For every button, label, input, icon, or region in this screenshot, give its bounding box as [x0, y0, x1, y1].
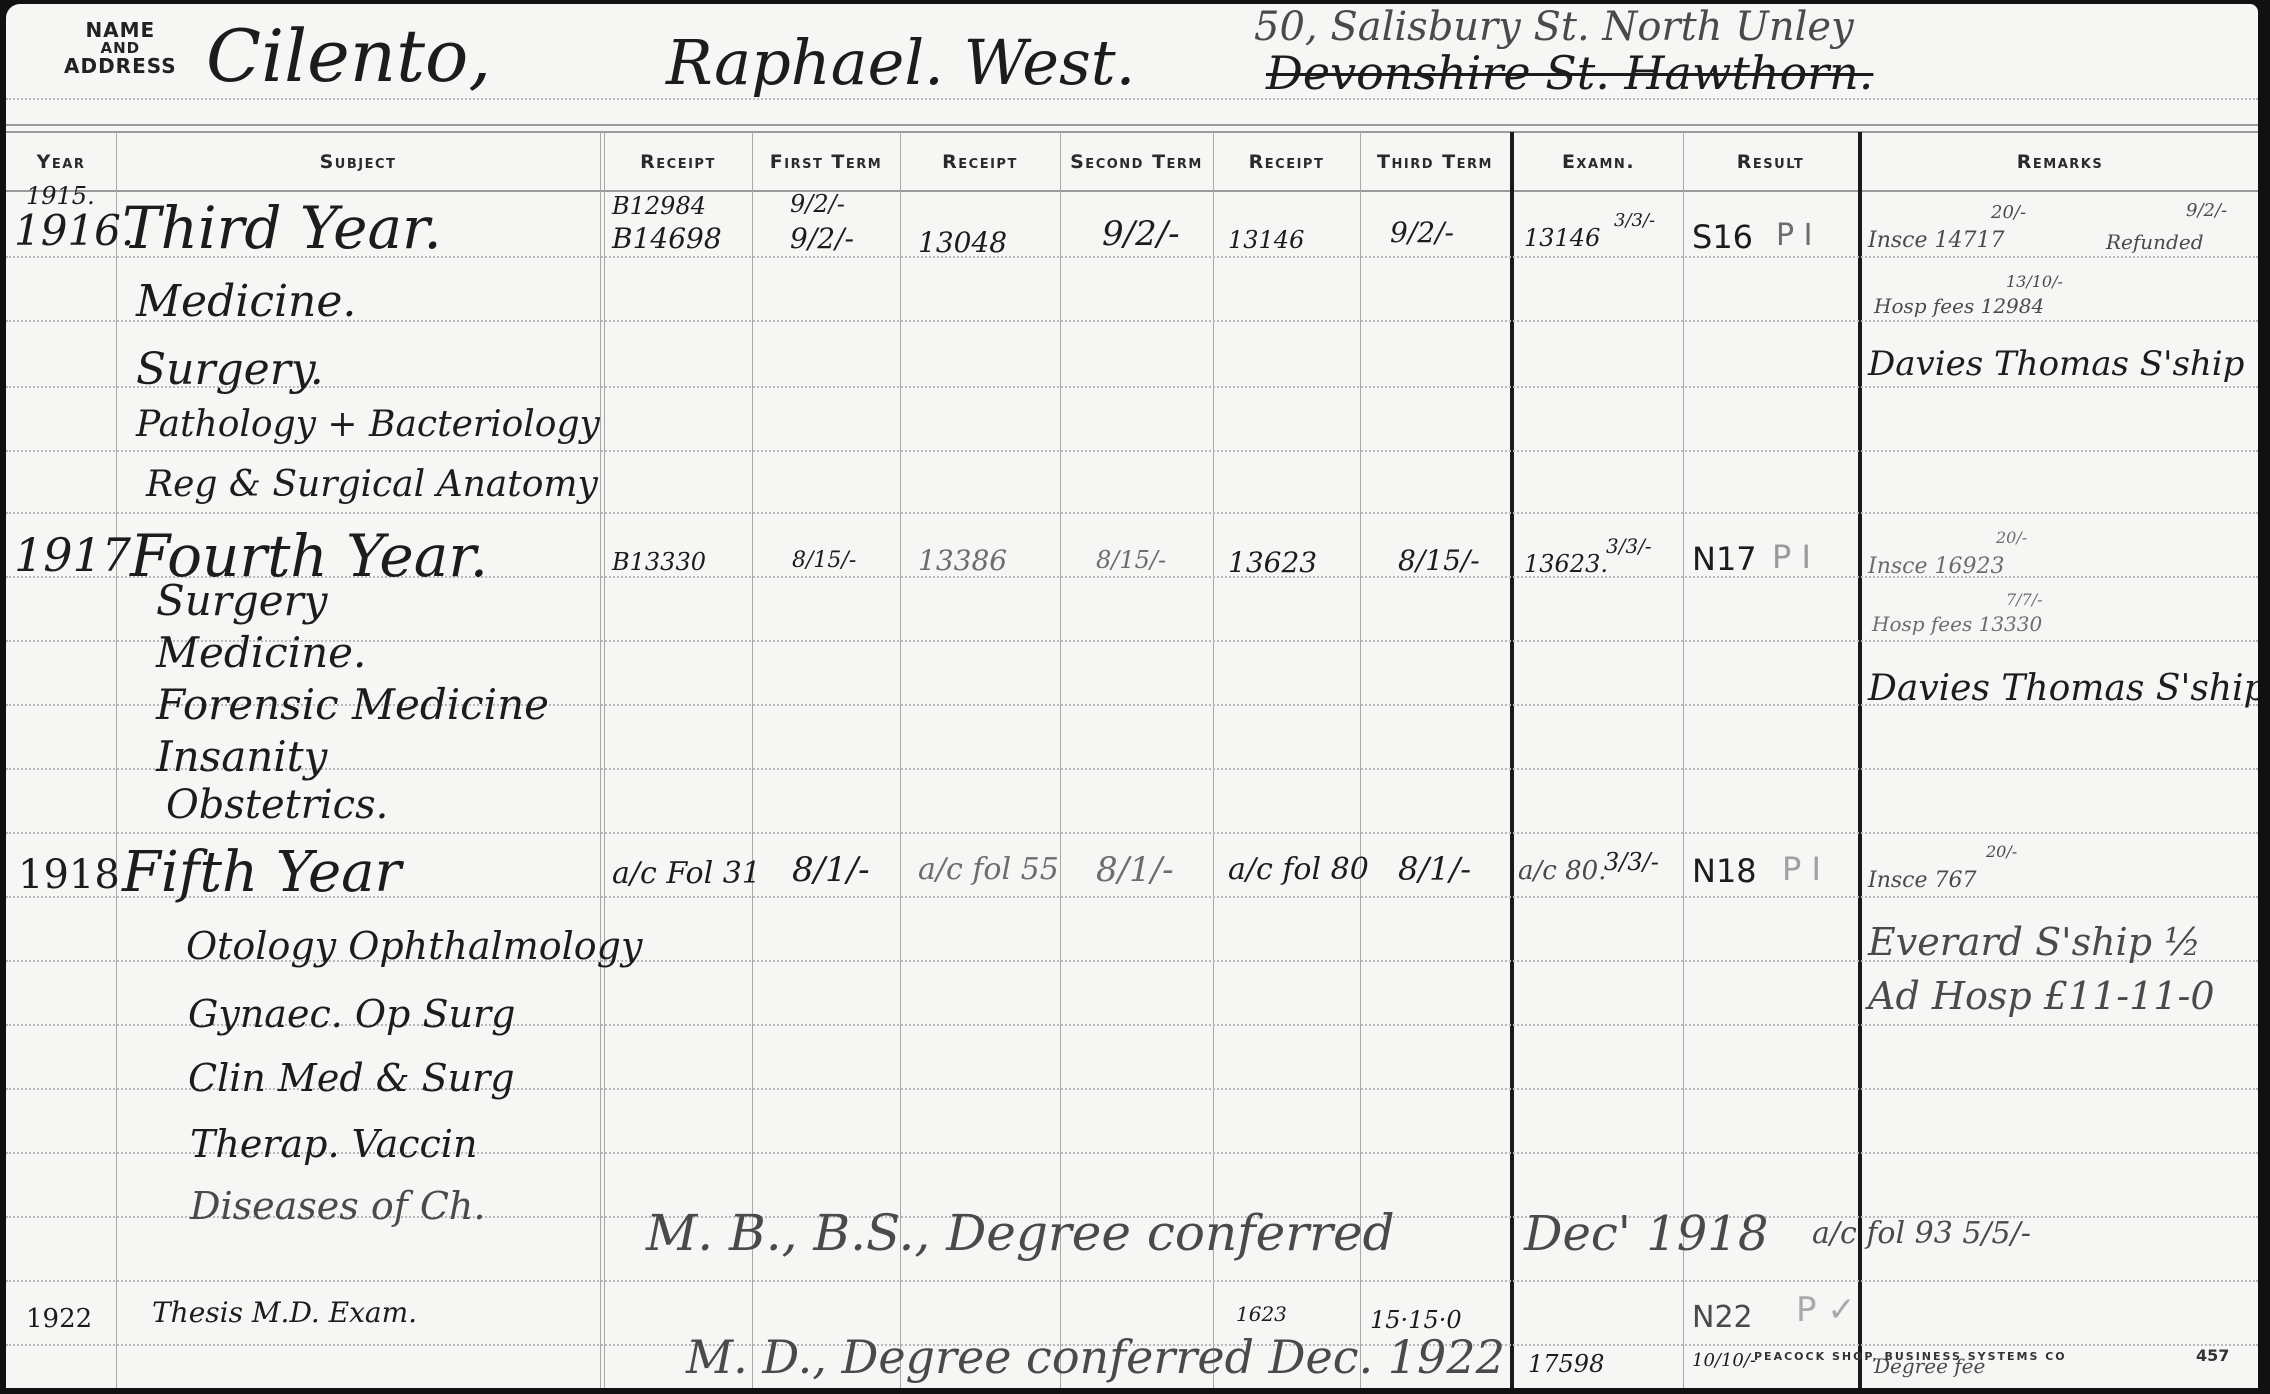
col-header-remarks: Remarks [1862, 132, 2258, 192]
name-address-label: NAME AND ADDRESS [64, 20, 177, 76]
label-address: ADDRESS [64, 56, 177, 76]
remark-amount: 20/- [1986, 842, 2017, 861]
result-pass: P ✓ [1796, 1290, 1856, 1330]
col-header-receipt-1: Receipt [604, 132, 752, 192]
examn: a/c 80. [1518, 856, 1606, 886]
remark-scholarship: Davies Thomas S'ship [1868, 344, 2244, 384]
header-top-rule [6, 124, 2258, 126]
result-code: N18 [1692, 852, 1757, 890]
subject-item: Therap. Vaccin [190, 1122, 477, 1166]
year: 1917 [14, 528, 131, 582]
subject-item: Gynaec. Op Surg [188, 992, 515, 1036]
degree-md-fee: 10/10/- [1692, 1350, 1756, 1371]
first-term: 8/1/- [792, 850, 870, 890]
subject-item: Surgery. [136, 344, 324, 395]
degree-mbbs-date: Dec' 1918 [1524, 1206, 1768, 1262]
form-number: 457 [2196, 1346, 2229, 1365]
result-code: N17 [1692, 540, 1757, 578]
remark-amount: 20/- [1996, 528, 2027, 547]
receipt-3: a/c fol 80 [1228, 852, 1369, 887]
ruled-line [6, 512, 2258, 514]
subject-item: Medicine. [156, 628, 366, 677]
address-current: 50, Salisbury St. North Unley [1254, 4, 1854, 50]
result-pass: P I [1772, 538, 1811, 576]
col-header-second-term: Second Term [1060, 132, 1213, 192]
result-pass: P I [1776, 218, 1812, 253]
col-header-subject: Subject [116, 132, 600, 192]
remark-scholarship: Everard S'ship ½ [1868, 920, 2201, 964]
receipt-1: B14698 [612, 222, 722, 255]
remark: Insce 767 [1868, 868, 1976, 893]
second-term: 8/1/- [1096, 850, 1174, 890]
remark: Ad Hosp £11-11-0 [1868, 974, 2215, 1018]
ruled-line [6, 386, 2258, 388]
address-struck: Devonshire St. Hawthorn. [1266, 46, 1873, 100]
third-term: 8/1/- [1398, 850, 1471, 888]
year: 1916. [14, 206, 134, 255]
student-record-card: NAME AND ADDRESS Cilento, Raphael. West.… [6, 4, 2258, 1388]
year: 1922 [26, 1304, 92, 1334]
examn: 13146 [1524, 224, 1600, 252]
degree-mbbs-text: M. B., B.S., Degree conferred [646, 1204, 1395, 1262]
result-pass: P I [1782, 850, 1821, 888]
subject-item: Clin Med & Surg [188, 1056, 515, 1100]
ruled-line [6, 768, 2258, 770]
subject-item: Forensic Medicine [156, 680, 549, 729]
ruled-line [6, 832, 2258, 834]
printer-imprint: PEACOCK SHOP, BUSINESS SYSTEMS CO [1754, 1350, 2067, 1363]
examn: 13623. [1524, 550, 1608, 578]
first-term: 8/15/- [792, 548, 856, 573]
surname: Cilento, [206, 14, 491, 98]
col-header-third-term: Third Term [1360, 132, 1510, 192]
label-name: NAME [64, 20, 177, 40]
receipt-3: 1623 [1236, 1302, 1287, 1326]
degree-md-examn: 17598 [1528, 1350, 1604, 1378]
degree-mbbs-account: a/c fol 93 5/5/- [1812, 1216, 2031, 1251]
degree-md-text: M. D., Degree conferred Dec. 1922 [686, 1330, 1505, 1384]
remark: Insce 14717 [1868, 228, 2004, 253]
third-term: 8/15/- [1398, 544, 1480, 577]
remark-amount: 13/10/- [2006, 272, 2063, 291]
remark-amount: 7/7/- [2006, 590, 2043, 609]
col-header-receipt-3: Receipt [1213, 132, 1360, 192]
receipt-2: 13048 [918, 226, 1007, 259]
second-term: 9/2/- [1102, 214, 1180, 254]
subject-item: Insanity [156, 732, 327, 781]
remark: Refunded [2106, 230, 2204, 254]
subject-heading: Thesis M.D. Exam. [152, 1296, 417, 1329]
second-term: 8/15/- [1096, 546, 1166, 574]
remark-amount: 9/2/- [2186, 200, 2227, 221]
examn-fee: 3/3/- [1614, 210, 1655, 231]
remark: Hosp fees 12984 [1874, 294, 2044, 318]
subject-item: Diseases of Ch. [190, 1184, 485, 1228]
ruled-line [6, 450, 2258, 452]
remark: Insce 16923 [1868, 554, 2004, 579]
year: 1918 [18, 852, 120, 898]
first-term-top: 9/2/- [790, 190, 845, 218]
subject-item: Medicine. [136, 276, 356, 327]
subject-item: Pathology + Bacteriology [136, 404, 600, 445]
name-underline [6, 98, 2258, 100]
receipt-2: a/c fol 55 [918, 852, 1059, 887]
result-code: N22 [1692, 1300, 1753, 1335]
receipt-2: 13386 [918, 544, 1007, 577]
third-term: 9/2/- [1390, 216, 1454, 249]
first-term: 9/2/- [790, 222, 854, 255]
given-names: Raphael. West. [666, 26, 1135, 99]
receipt-3: 13146 [1228, 226, 1304, 254]
receipt-1-top: B12984 [612, 192, 706, 220]
subject-heading: Third Year. [122, 194, 442, 262]
subject-item: Obstetrics. [166, 782, 388, 828]
receipt-3: 13623 [1228, 546, 1317, 579]
col-header-receipt-2: Receipt [900, 132, 1060, 192]
col-header-examn: Examn. [1514, 132, 1683, 192]
ruled-line [6, 1280, 2258, 1282]
remark-amount: 20/- [1991, 202, 2026, 223]
remark: Hosp fees 13330 [1872, 612, 2042, 636]
subject-item: Otology Ophthalmology [186, 924, 642, 968]
receipt-1: a/c Fol 31 [612, 856, 761, 891]
col-header-result: Result [1683, 132, 1858, 192]
result-code: S16 [1692, 218, 1753, 256]
examn-fee: 3/3/- [1606, 534, 1652, 558]
subject-item: Surgery [156, 576, 327, 625]
subject-item: Reg & Surgical Anatomy [146, 464, 598, 505]
examn-fee: 3/3/- [1604, 848, 1659, 876]
col-header-first-term: First Term [752, 132, 900, 192]
subject-heading: Fifth Year [122, 840, 401, 905]
remark-scholarship: Davies Thomas S'ship [1868, 668, 2258, 709]
receipt-1: B13330 [612, 548, 706, 576]
